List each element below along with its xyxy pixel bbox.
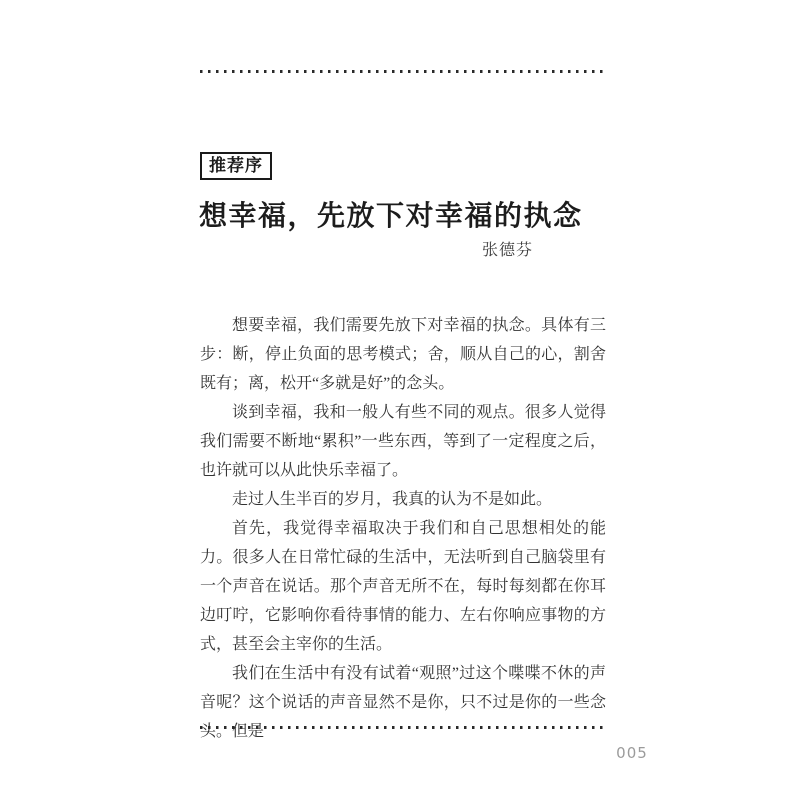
body-paragraph: 谈到幸福，我和一般人有些不同的观点。很多人觉得我们需要不断地“累积”一些东西，等…: [200, 398, 606, 485]
bottom-dotted-divider: [200, 726, 605, 729]
body-text: 想要幸福，我们需要先放下对幸福的执念。具体有三步：断，停止负面的思考模式；舍，顺…: [200, 311, 606, 746]
body-paragraph: 想要幸福，我们需要先放下对幸福的执念。具体有三步：断，停止负面的思考模式；舍，顺…: [200, 311, 606, 398]
page-number: 005: [610, 744, 654, 762]
top-dotted-divider: [200, 70, 605, 73]
body-paragraph: 走过人生半百的岁月，我真的认为不是如此。: [200, 485, 606, 514]
section-label: 推荐序: [200, 152, 272, 180]
book-page: 推荐序 想幸福，先放下对幸福的执念 张德芬 想要幸福，我们需要先放下对幸福的执念…: [0, 0, 800, 800]
body-paragraph: 首先，我觉得幸福取决于我们和自己思想相处的能力。很多人在日常忙碌的生活中，无法听…: [200, 514, 606, 659]
author-name: 张德芬: [200, 237, 533, 260]
chapter-title: 想幸福，先放下对幸福的执念: [199, 200, 619, 232]
body-paragraph: 我们在生活中有没有试着“观照”过这个喋喋不休的声音呢？这个说话的声音显然不是你，…: [200, 659, 606, 746]
